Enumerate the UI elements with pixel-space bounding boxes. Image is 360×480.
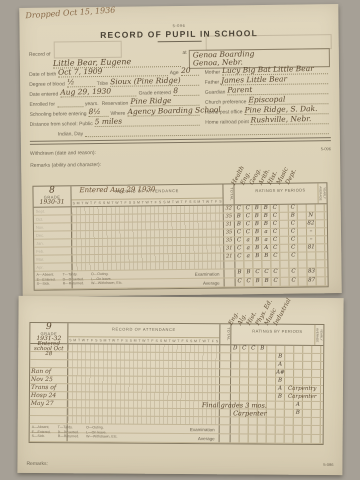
rating-value — [280, 205, 289, 212]
rating-value: B — [258, 346, 267, 353]
rating-value: C — [289, 221, 298, 228]
rating-value: A# — [276, 370, 285, 377]
rating-value — [276, 418, 285, 425]
rating-value — [307, 260, 316, 267]
rating-value: A — [262, 245, 271, 252]
rating-value — [240, 393, 249, 400]
record-label: Record of — [29, 52, 51, 58]
grade-stub: 8GRADE1930-31 — [33, 186, 71, 206]
rating-value — [298, 204, 307, 211]
rating-cells: B — [231, 377, 323, 385]
rating-value: C — [271, 213, 280, 220]
rating-value — [285, 354, 294, 361]
subject-note: Carpenter — [288, 394, 317, 400]
total-value — [220, 393, 231, 400]
pupil-fields: Record of Little Bear, Eugene at Genoa B… — [29, 48, 331, 138]
rating-value — [316, 252, 325, 259]
rating-value — [258, 418, 267, 425]
rating-value — [312, 378, 321, 385]
rating-value: B — [253, 237, 262, 244]
ratings-header: RATINGS BY PERIODSYEARLY AVERAGE — [231, 324, 323, 345]
form-page-2: Eng.Alg.Hist.Phys. Ed.MusicIndustrial9GR… — [17, 296, 343, 475]
father-value: James Little Bear — [221, 75, 287, 84]
rating-value — [267, 410, 276, 417]
rating-value — [281, 278, 290, 286]
month-label: Nov. — [36, 225, 44, 230]
rating-value — [285, 435, 294, 443]
month-label: Mar. — [36, 257, 44, 262]
rating-value: a — [244, 253, 253, 260]
row-stub: May 27 — [30, 400, 68, 407]
rating-value — [267, 418, 276, 425]
rating-cells: A — [231, 361, 323, 369]
legend-column: T—Tardy.D—Deserted.R—Returned. — [63, 272, 85, 286]
rating-value: B — [253, 253, 262, 260]
total-value — [224, 269, 235, 277]
rating-value — [231, 393, 240, 400]
attendance-cells — [68, 344, 220, 352]
rating-value — [258, 426, 267, 434]
rating-value — [249, 385, 258, 392]
rating-value — [267, 386, 276, 393]
rating-value — [258, 354, 267, 361]
rating-value — [303, 402, 312, 409]
margin-note: May 27 — [31, 400, 54, 407]
row-stub: Dec. — [34, 231, 72, 238]
legend-key: A—Absent.E—Entered.S—Sick.T—Tardy.D—Dese… — [32, 425, 118, 439]
rating-value: C — [290, 278, 299, 286]
rating-value: a — [244, 237, 253, 244]
rating-value — [299, 277, 308, 285]
month-label: Dec. — [36, 233, 44, 238]
rating-value — [298, 244, 307, 251]
rating-value: C — [272, 278, 281, 286]
entered-note: Entered Aug 29 1930 — [79, 185, 155, 194]
rating-value: C — [245, 278, 254, 286]
rating-value — [258, 386, 267, 393]
subject-label: Industrial — [272, 297, 292, 326]
rating-value — [267, 354, 276, 361]
rating-value: B — [294, 410, 303, 417]
rating-value — [280, 269, 289, 277]
rating-value — [316, 212, 325, 219]
total-value — [220, 417, 231, 424]
rating-value: C — [271, 221, 280, 228]
rating-value — [285, 378, 294, 385]
rating-value — [240, 353, 249, 360]
age-value: 20 — [181, 67, 191, 75]
rating-value: B — [253, 213, 262, 220]
rating-value: 87 — [308, 277, 317, 285]
rating-value — [276, 426, 285, 434]
rating-value — [285, 402, 294, 409]
row-stub: Nov. — [34, 223, 72, 230]
total-value — [220, 361, 231, 368]
legend-column: O—Outing.L—On leave.W—Withdrawn, Etc. — [91, 272, 122, 286]
rating-value: B — [262, 221, 271, 228]
postoffice-value: Pine Ridge, S. Dak. — [244, 105, 317, 115]
rating-value: C — [235, 253, 244, 260]
grade-value: 9 — [46, 323, 52, 331]
rating-value: B — [263, 278, 272, 286]
grade-note: Carpenter — [233, 409, 267, 417]
attendance-cells — [68, 352, 220, 360]
total-value: 32 — [224, 205, 235, 212]
total-value — [220, 345, 231, 352]
rating-value — [312, 410, 321, 417]
rating-value — [303, 378, 312, 385]
subject-label: Health — [230, 165, 246, 186]
day-letter-row: SMTWTFSSMTWTFSSMTWTFSSMTWTFSSMTWTFS — [68, 336, 219, 344]
remarks-label: Remarks (ability and character): — [30, 162, 101, 169]
rating-value — [307, 252, 316, 259]
row-stub: Oct. — [34, 215, 72, 222]
grade-stub: 9GRADE1931-32Entered school Oct 28 — [30, 323, 68, 343]
bottom-remarks-row-2: Remarks: 5-096 — [26, 455, 333, 469]
row-stub: Feb. — [34, 247, 72, 254]
mother-value: Lucy Big Bat Little Bear — [222, 65, 314, 75]
rating-value — [258, 435, 267, 443]
rating-value — [316, 236, 325, 243]
rating-value — [271, 261, 280, 268]
reservation-label: Reservation — [102, 101, 129, 107]
rating-value: B — [253, 221, 262, 228]
rating-value — [249, 353, 258, 360]
rating-value: B — [262, 213, 271, 220]
rating-value: a — [262, 237, 271, 244]
rating-cells: CCBBCC — [235, 204, 327, 212]
rating-value — [303, 435, 312, 443]
date-entered-label: Date entered — [29, 91, 58, 97]
rating-value — [244, 261, 253, 268]
rating-value — [267, 426, 276, 434]
rating-value — [249, 417, 258, 424]
rating-value — [303, 362, 312, 369]
rating-value: C — [235, 245, 244, 252]
rating-value: C — [240, 345, 249, 352]
distance-value: 5 miles — [95, 118, 123, 127]
grade-value: 8 — [49, 187, 55, 195]
month-label: Jan. — [36, 241, 44, 246]
scanned-document: Dropped Oct 15, 1936 5-096 RECORD OF PUP… — [0, 0, 360, 480]
yearly-average-label: YEARLY AVERAGE — [317, 183, 326, 203]
row-stub — [30, 408, 68, 415]
rating-value — [312, 346, 321, 353]
rating-value — [316, 260, 325, 267]
rating-value: C — [236, 278, 245, 286]
rating-value — [303, 354, 312, 361]
rating-value: B — [276, 354, 285, 361]
rating-cells — [231, 425, 323, 434]
rating-value: C — [235, 229, 244, 236]
summary-label: Examination — [190, 427, 219, 432]
rating-value — [231, 425, 240, 433]
rating-value: C — [271, 253, 280, 260]
rating-value — [253, 261, 262, 268]
attendance-header: RECORD OF ATTENDANCESMTWTFSSMTWTFSSMTWTF… — [71, 184, 223, 206]
title-rule — [157, 41, 201, 43]
rating-value: a — [262, 229, 271, 236]
legend-column: A—Absent.E—Entered.S—Sick. — [36, 273, 55, 287]
rating-value — [276, 402, 285, 409]
total-value — [220, 409, 231, 416]
row-stub: Jan. — [34, 239, 72, 246]
schooling-label: Schooling before entering — [30, 111, 87, 118]
attendance-table-1931-32: Eng.Alg.Hist.Phys. Ed.MusicIndustrial9GR… — [27, 322, 335, 445]
rating-value: B — [254, 278, 263, 286]
rating-value — [316, 204, 325, 211]
rating-value — [240, 377, 249, 384]
date-entered-value: Aug 29, 1930 — [60, 88, 111, 97]
ratings-header: RATINGS BY PERIODSYEARLY AVERAGE — [234, 183, 326, 204]
total-value: 31 — [224, 221, 235, 228]
rating-value — [294, 418, 303, 425]
rating-value — [303, 426, 312, 434]
rating-value: A — [276, 362, 285, 369]
rating-value: C — [289, 245, 298, 252]
rating-value — [231, 417, 240, 424]
attendance-table: HealthEng.Geog.Arith.Hist.MusicDept.8GRA… — [32, 182, 328, 291]
rating-value: B — [253, 229, 262, 236]
legend-item: R—Returned. — [58, 434, 79, 439]
rating-value — [307, 204, 316, 211]
rating-cells: B — [231, 353, 323, 361]
rating-value — [298, 252, 307, 259]
rating-cells: A# — [231, 369, 323, 377]
rating-value — [317, 277, 326, 285]
rating-value: C — [235, 237, 244, 244]
rating-value: 81 — [307, 244, 316, 251]
total-column-label: TOTAL — [220, 324, 231, 344]
rating-value — [267, 346, 276, 353]
railroad-value: Rushville, Nebr. — [251, 115, 312, 124]
row-stub — [30, 344, 68, 351]
rating-value: C — [271, 269, 280, 277]
total-value: 35 — [224, 213, 235, 220]
attendance-table-1930-31: HealthEng.Geog.Arith.Hist.MusicDept.8GRA… — [30, 182, 332, 291]
rating-value — [267, 435, 276, 443]
total-value — [225, 278, 236, 286]
rating-value — [312, 370, 321, 377]
rating-value — [312, 402, 321, 409]
attendance-cells — [68, 384, 220, 392]
rating-value — [316, 244, 325, 251]
attendance-cells: Carpenter — [68, 408, 220, 416]
rating-value: C — [289, 253, 298, 260]
table-header: 9GRADE1931-32Entered school Oct 28RECORD… — [30, 323, 323, 346]
summary-label: Examination — [195, 271, 224, 276]
rating-value: B — [235, 221, 244, 228]
rating-value — [303, 418, 312, 425]
rating-value — [294, 435, 303, 443]
row-stub: Ran of — [30, 368, 68, 375]
rating-value — [298, 268, 307, 276]
summary-label: Average — [198, 436, 219, 441]
mother-label: Mother — [205, 70, 221, 76]
at-label: at — [182, 50, 186, 56]
guardian-label: Guardian — [205, 89, 226, 95]
rating-value — [258, 362, 267, 369]
total-value: 31 — [224, 245, 235, 252]
attendance-table: Eng.Alg.Hist.Phys. Ed.MusicIndustrial9GR… — [29, 322, 325, 445]
rating-cells — [235, 260, 327, 268]
rating-cells: ACarpentry — [231, 385, 323, 393]
rating-value: C — [271, 245, 280, 252]
rating-value — [285, 370, 294, 377]
rating-value — [298, 236, 307, 243]
rating-value — [280, 213, 289, 220]
legend-column: A—Absent.E—Entered.S—Sick. — [32, 425, 51, 439]
side-form-code-2: 5-096 — [323, 462, 333, 467]
rating-value — [231, 377, 240, 384]
total-value — [220, 434, 231, 442]
rating-cells — [231, 417, 323, 425]
rating-value — [262, 261, 271, 268]
table-footer: A—Absent.E—Entered.S—Sick.T—Tardy.D—Dese… — [34, 268, 327, 290]
total-value — [224, 261, 235, 268]
rating-value — [303, 410, 312, 417]
attendance-cells — [68, 376, 220, 384]
rating-value — [240, 385, 249, 392]
rating-value: C — [244, 221, 253, 228]
guardian-value: Parent — [227, 86, 252, 95]
attendance-header: RECORD OF ATTENDANCESMTWTFSSMTWTFSSMTWTF… — [68, 323, 220, 344]
legend-column: T—Tardy.D—Deserted.R—Returned. — [58, 425, 80, 439]
rating-value: a — [244, 245, 253, 252]
remarks-row: Remarks (ability and character): — [30, 153, 331, 169]
rating-value — [276, 435, 285, 443]
rating-value: C — [235, 205, 244, 212]
rating-value: B — [262, 253, 271, 260]
rating-value: A — [294, 402, 303, 409]
legend-item: W—Withdrawn, Etc. — [86, 435, 117, 440]
legend-item: W—Withdrawn, Etc. — [91, 281, 122, 286]
rating-value — [294, 354, 303, 361]
rating-value: – — [307, 236, 316, 243]
top-annotation: Dropped Oct 15, 1936 — [25, 5, 116, 20]
day-letter: S — [218, 198, 222, 204]
total-column-label: TOTAL — [223, 184, 234, 204]
attendance-cells — [68, 368, 220, 376]
rating-value — [294, 378, 303, 385]
church-value: Episcopal — [248, 96, 285, 105]
total-value: 21 — [224, 253, 235, 260]
rating-cells: DCCB — [231, 345, 323, 353]
rating-value: C — [271, 229, 280, 236]
rating-value — [312, 354, 321, 361]
rating-value — [258, 394, 267, 401]
rating-value: C — [289, 205, 298, 212]
month-label: Feb. — [36, 249, 44, 254]
rating-cells: CaBACC81 — [235, 244, 327, 252]
rating-value — [267, 362, 276, 369]
row-stub: Hosp 24 — [30, 392, 68, 399]
rating-value — [298, 228, 307, 235]
rating-value — [235, 261, 244, 268]
legend-item: S—Sick. — [37, 282, 56, 287]
rating-value: – — [307, 228, 316, 235]
rating-value — [249, 369, 258, 376]
dob-label: Date of birth — [29, 72, 56, 78]
month-label: Oct. — [36, 217, 43, 222]
year-value: 1930-31 — [40, 199, 65, 205]
rating-value: C — [271, 237, 280, 244]
schooling-value: 8½ — [88, 108, 100, 116]
grade-note: Final grades 3 mos. — [202, 401, 267, 409]
indian-day-label: Indian, Day — [58, 131, 83, 137]
rating-value: C — [253, 269, 262, 277]
attendance-cells — [68, 360, 220, 368]
margin-note: Trans of — [31, 384, 56, 391]
rating-value — [285, 346, 294, 353]
ghost-print-box — [54, 41, 122, 59]
rating-value — [280, 237, 289, 244]
rating-value — [249, 425, 258, 433]
rating-value: C — [289, 229, 298, 236]
rating-value: D — [231, 345, 240, 352]
tribe-value: Sioux (Pine Ridge) — [110, 77, 181, 87]
rating-value: B — [253, 205, 262, 212]
rating-value — [267, 378, 276, 385]
rating-value — [280, 245, 289, 252]
rating-value — [298, 212, 307, 219]
rating-value — [285, 418, 294, 425]
rating-value — [231, 353, 240, 360]
row-stub — [30, 352, 68, 359]
rating-value — [316, 268, 325, 276]
rating-value — [258, 378, 267, 385]
rating-value — [298, 260, 307, 267]
table-footer: A—Absent.E—Entered.S—Sick.T—Tardy.D—Dese… — [30, 424, 323, 444]
rating-value — [280, 229, 289, 236]
rating-cells: CaBaCC– — [235, 236, 327, 244]
rating-value — [316, 228, 325, 235]
row-stub: Sept. — [34, 207, 72, 214]
yearly-average-label: YEARLY AVERAGE — [314, 325, 323, 345]
legend-column: O—Outing.L—On leave.W—Withdrawn, Etc. — [86, 425, 117, 439]
rating-value: C — [289, 269, 298, 277]
rating-value: B — [235, 213, 244, 220]
rating-value: A — [276, 386, 285, 393]
subject-note: Carpentry — [288, 386, 316, 392]
rating-value — [240, 369, 249, 376]
rating-value — [294, 346, 303, 353]
rating-value — [312, 426, 321, 434]
rating-value: B — [276, 378, 285, 385]
rating-value — [231, 361, 240, 368]
rating-value — [285, 362, 294, 369]
rating-value: B — [289, 213, 298, 220]
rating-value — [280, 261, 289, 268]
rating-value — [267, 370, 276, 377]
rating-value — [249, 393, 258, 400]
rating-value — [289, 261, 298, 268]
blood-value: ½ — [67, 78, 74, 86]
rating-value: C — [262, 269, 271, 277]
grade-entered-value: 8 — [173, 87, 178, 95]
dob-value: Oct 7, 1909 — [58, 68, 103, 77]
rating-value: C — [289, 237, 298, 244]
rating-value — [267, 394, 276, 401]
rating-value: C — [244, 205, 253, 212]
row-stub — [30, 360, 68, 367]
rating-value — [276, 346, 285, 353]
rating-value — [285, 410, 294, 417]
rating-cells: BCBBCC82 — [235, 220, 327, 228]
summary-label: Average — [203, 280, 224, 285]
legend-item: R—Returned. — [63, 281, 84, 286]
rating-value: B — [244, 269, 253, 277]
